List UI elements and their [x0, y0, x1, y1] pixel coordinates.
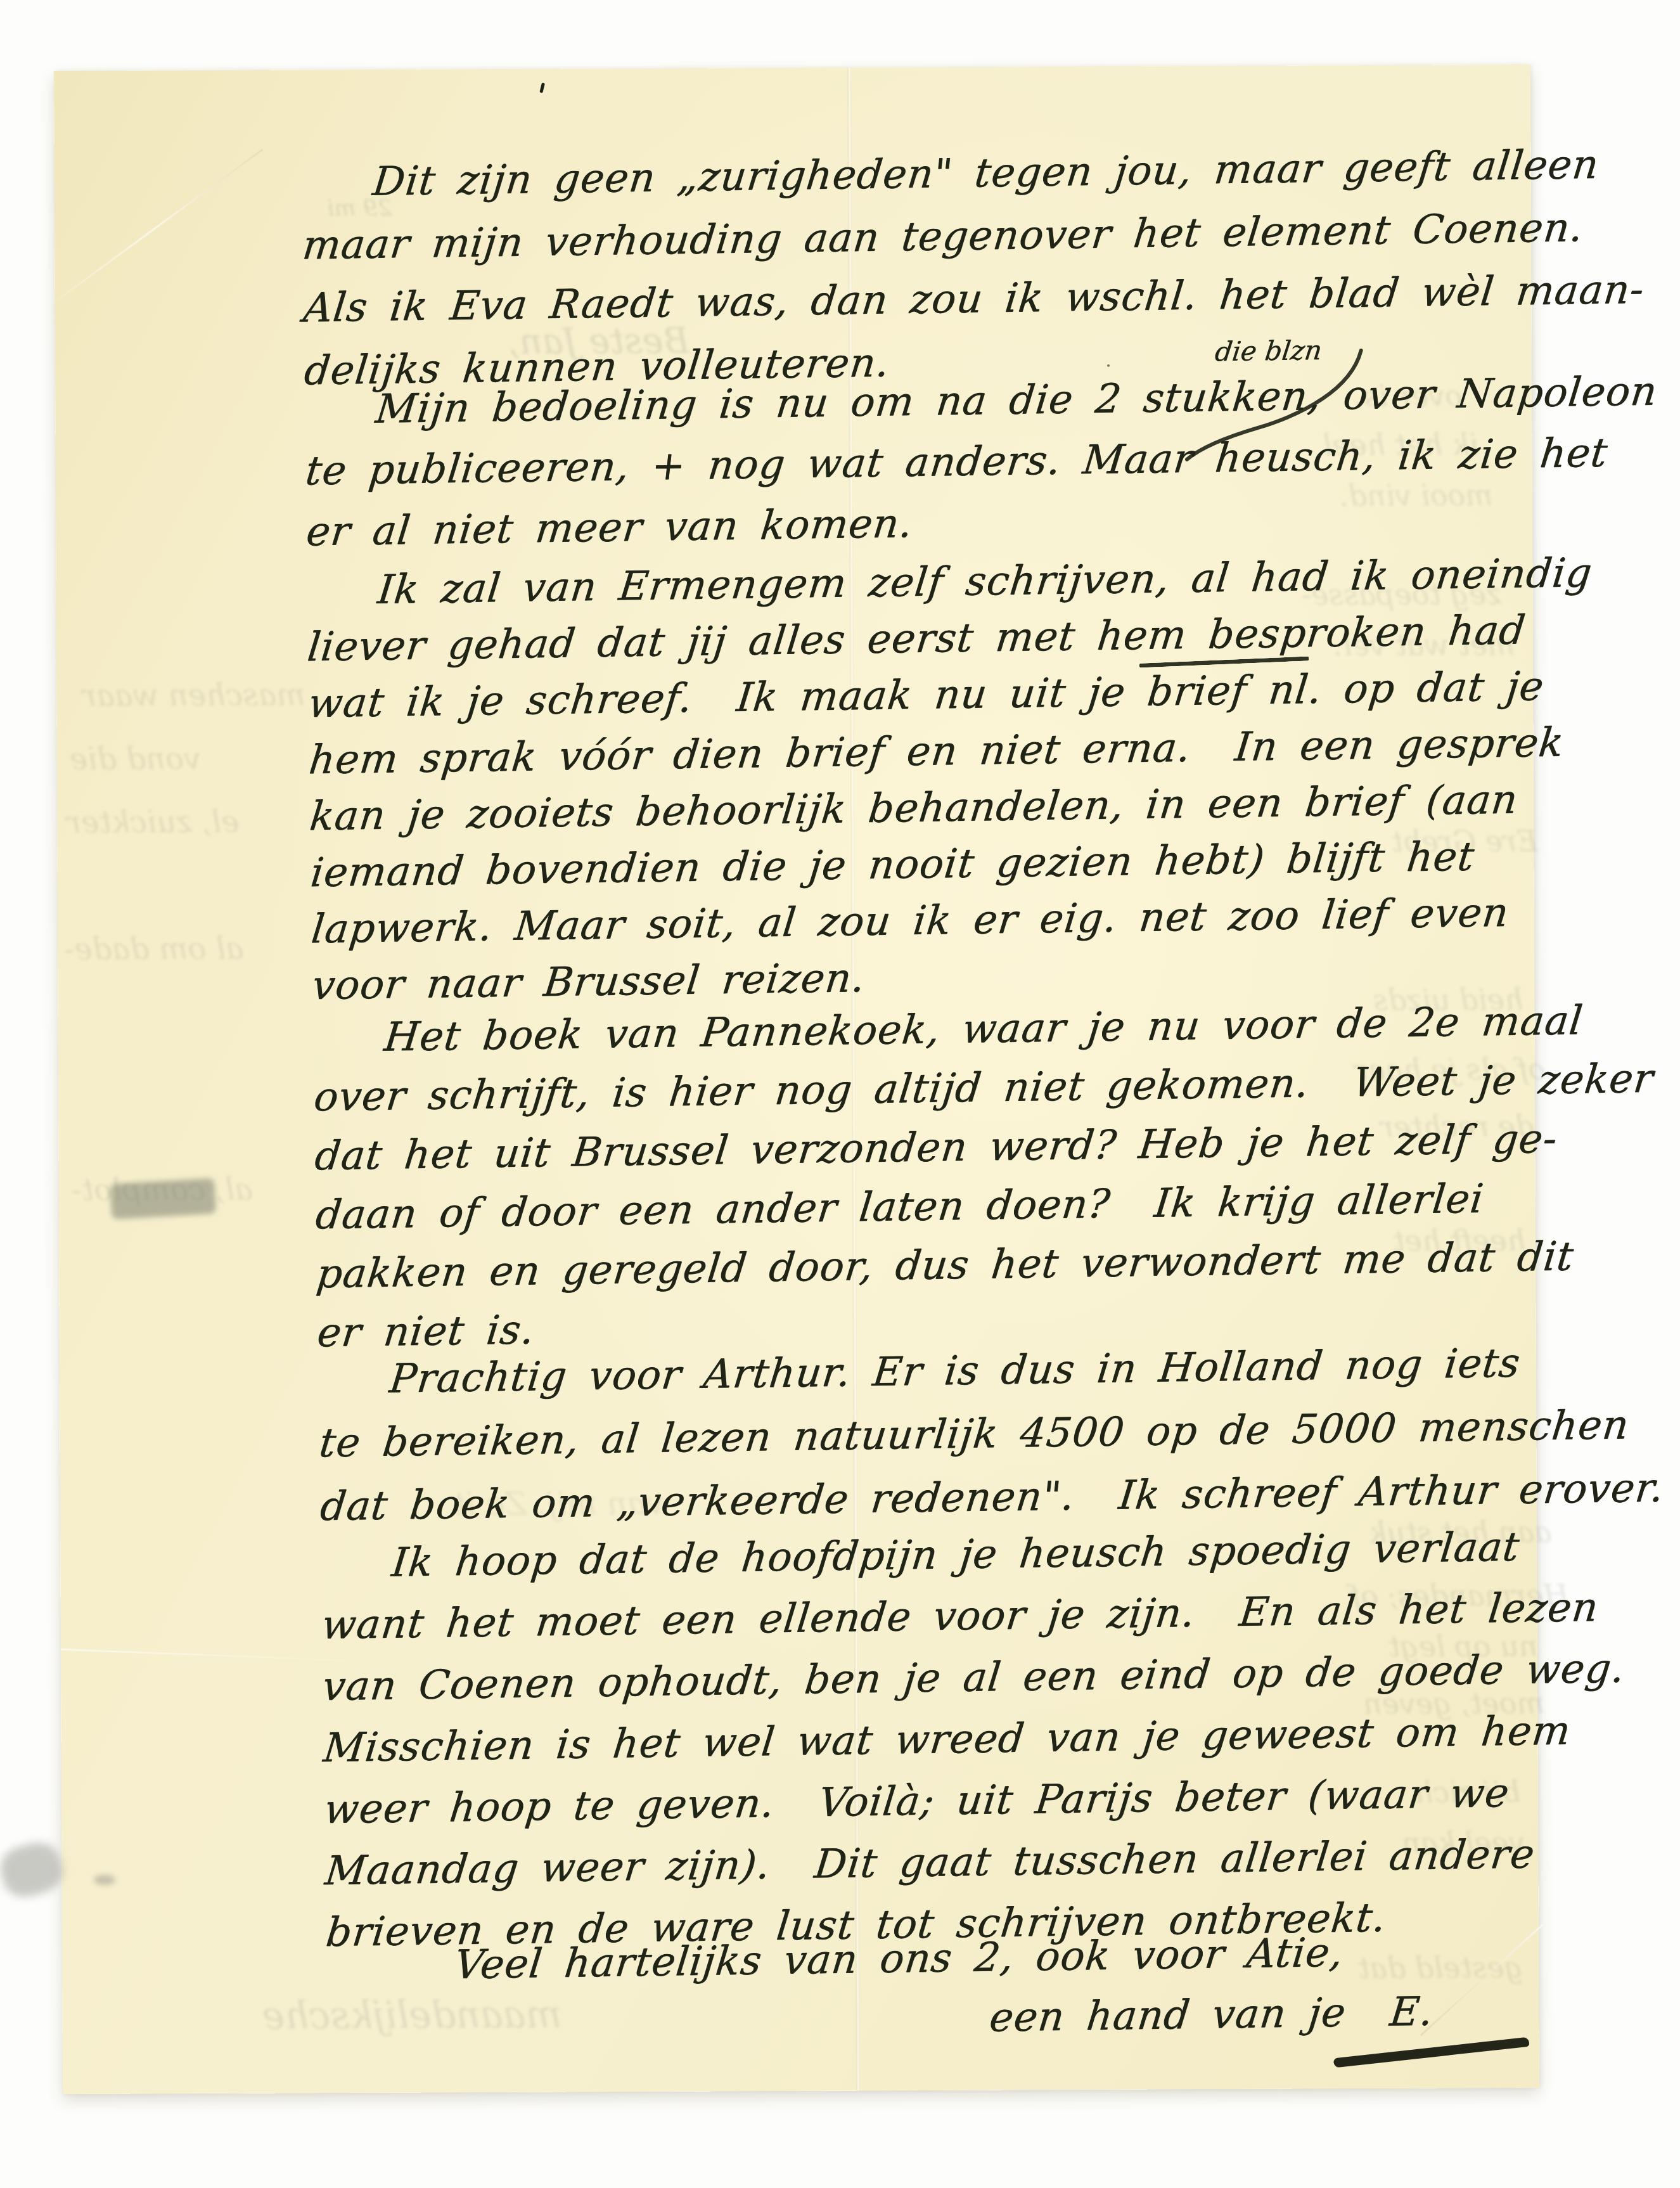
handwriting-layer: Dit zijn geen „zurigheden" tegen jou, ma… [295, 53, 1565, 2093]
ghost-text-line: al om dade- [64, 931, 244, 967]
ghost-text-line: el, zuickter [67, 804, 240, 840]
signature-line: een hand van je E. [987, 1988, 1431, 2041]
letter-paper: 29 miBeste Jan,over is.ik het heelmooi v… [54, 65, 1539, 2094]
handwriting-paragraph: Prachtig voor Arthur. Er is dus in Holla… [314, 1338, 1660, 1547]
handwriting-line: een hand van je E. [987, 1988, 1436, 2041]
handwriting-paragraph: Het boek van Pannekoek, waar je nu voor … [309, 996, 1653, 1368]
margin-smudge [0, 1837, 67, 1902]
handwriting-paragraph: Dit zijn geen „zurigheden" tegen jou, ma… [297, 141, 1641, 410]
scan-background: { "letter": { "ink_color": "#202417", "p… [0, 0, 1680, 2188]
ghost-text-line: vond die [70, 741, 202, 777]
ink-smudge [110, 1178, 216, 1219]
handwriting-paragraph: die blzn Mijn bedoeling is nu om na die … [300, 368, 1655, 570]
handwriting-paragraph: Ik zal van Ermengem zelf schrijven, al h… [302, 550, 1594, 1019]
margin-smudge [94, 1875, 115, 1885]
handwriting-paragraph: Ik hoop dat de hoofdpijn je heusch spoed… [316, 1522, 1624, 1971]
ghost-text-line: maschen waar [82, 677, 305, 714]
